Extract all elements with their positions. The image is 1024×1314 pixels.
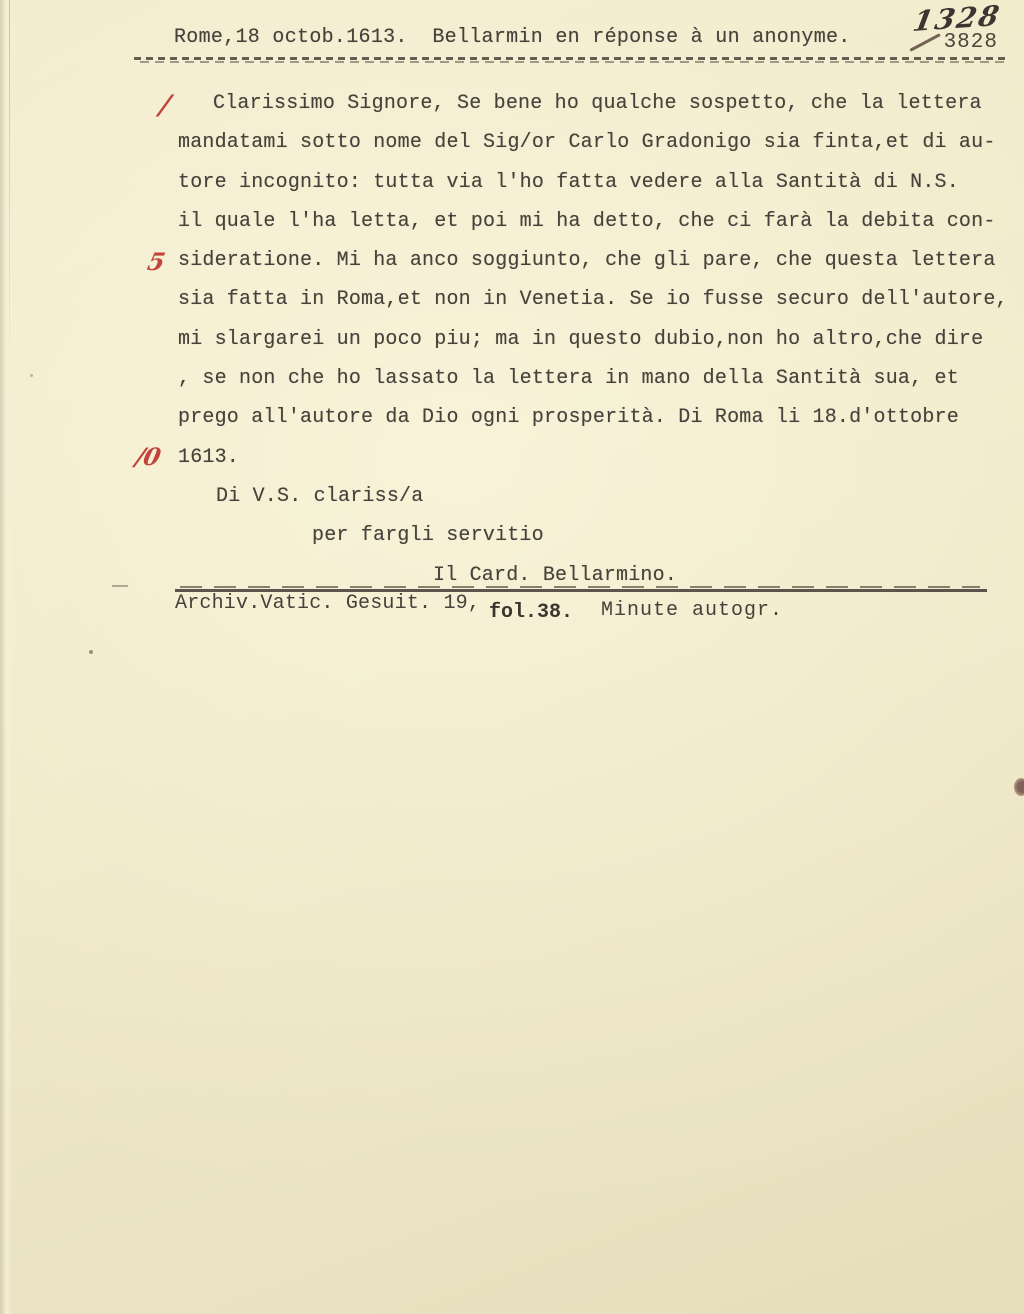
body-line: mi slargarei un poco piu; ma in questo d…	[178, 320, 1008, 359]
dashed-separator	[134, 57, 1010, 60]
archive-reference: Archiv.Vatic. Gesuit. 19,	[175, 592, 480, 615]
body-line: mandatami sotto nome del Sig/or Carlo Gr…	[178, 123, 1008, 162]
body-line: prego all'autore da Dio ogni prosperità.…	[178, 398, 1008, 437]
typed-folio-number-wrap: 3828	[914, 31, 1000, 54]
torn-paper-edge	[0, 0, 12, 1314]
margin-line-number-1: /	[157, 90, 173, 121]
body-line: sia fatta in Roma,et non in Venetia. Se …	[178, 280, 1008, 319]
paper-speck	[30, 374, 33, 377]
body-line: 1613.	[178, 438, 1008, 477]
body-line: sideratione. Mi ha anco soggiunto, che g…	[178, 241, 1008, 280]
paper-speck	[89, 650, 93, 654]
folio-numbers: 1328 3828	[914, 2, 1000, 54]
closing-service-line: per fargli servitio	[178, 516, 1008, 555]
stray-dash-mark	[112, 585, 128, 587]
closing-salutation: Di V.S. clariss/a	[178, 477, 1008, 516]
document-header-caption: Rome,18 octob.1613. Bellarmin en réponse…	[174, 26, 851, 49]
body-line: , se non che ho lassato la lettera in ma…	[178, 359, 1008, 398]
margin-line-number-5: 5	[145, 247, 168, 276]
scan-edge-shadow	[9, 0, 10, 420]
scanned-document-page: Rome,18 octob.1613. Bellarmin en réponse…	[0, 0, 1024, 1314]
letter-body: Clarissimo Signore, Se bene ho qualche s…	[178, 84, 1008, 595]
body-line: Clarissimo Signore, Se bene ho qualche s…	[178, 84, 1008, 123]
dashed-separator-shadow	[140, 61, 1006, 63]
footer-rule-dashes	[180, 586, 980, 588]
body-line: tore incognito: tutta via l'ho fatta ved…	[178, 163, 1008, 202]
document-type-note: Minute autogr.	[601, 599, 783, 622]
body-line: il quale l'ha letta, et poi mi ha detto,…	[178, 202, 1008, 241]
scan-edge-blob	[1014, 778, 1024, 796]
margin-line-number-10: /0	[133, 442, 163, 471]
folio-reference: fol.38.	[489, 601, 573, 624]
